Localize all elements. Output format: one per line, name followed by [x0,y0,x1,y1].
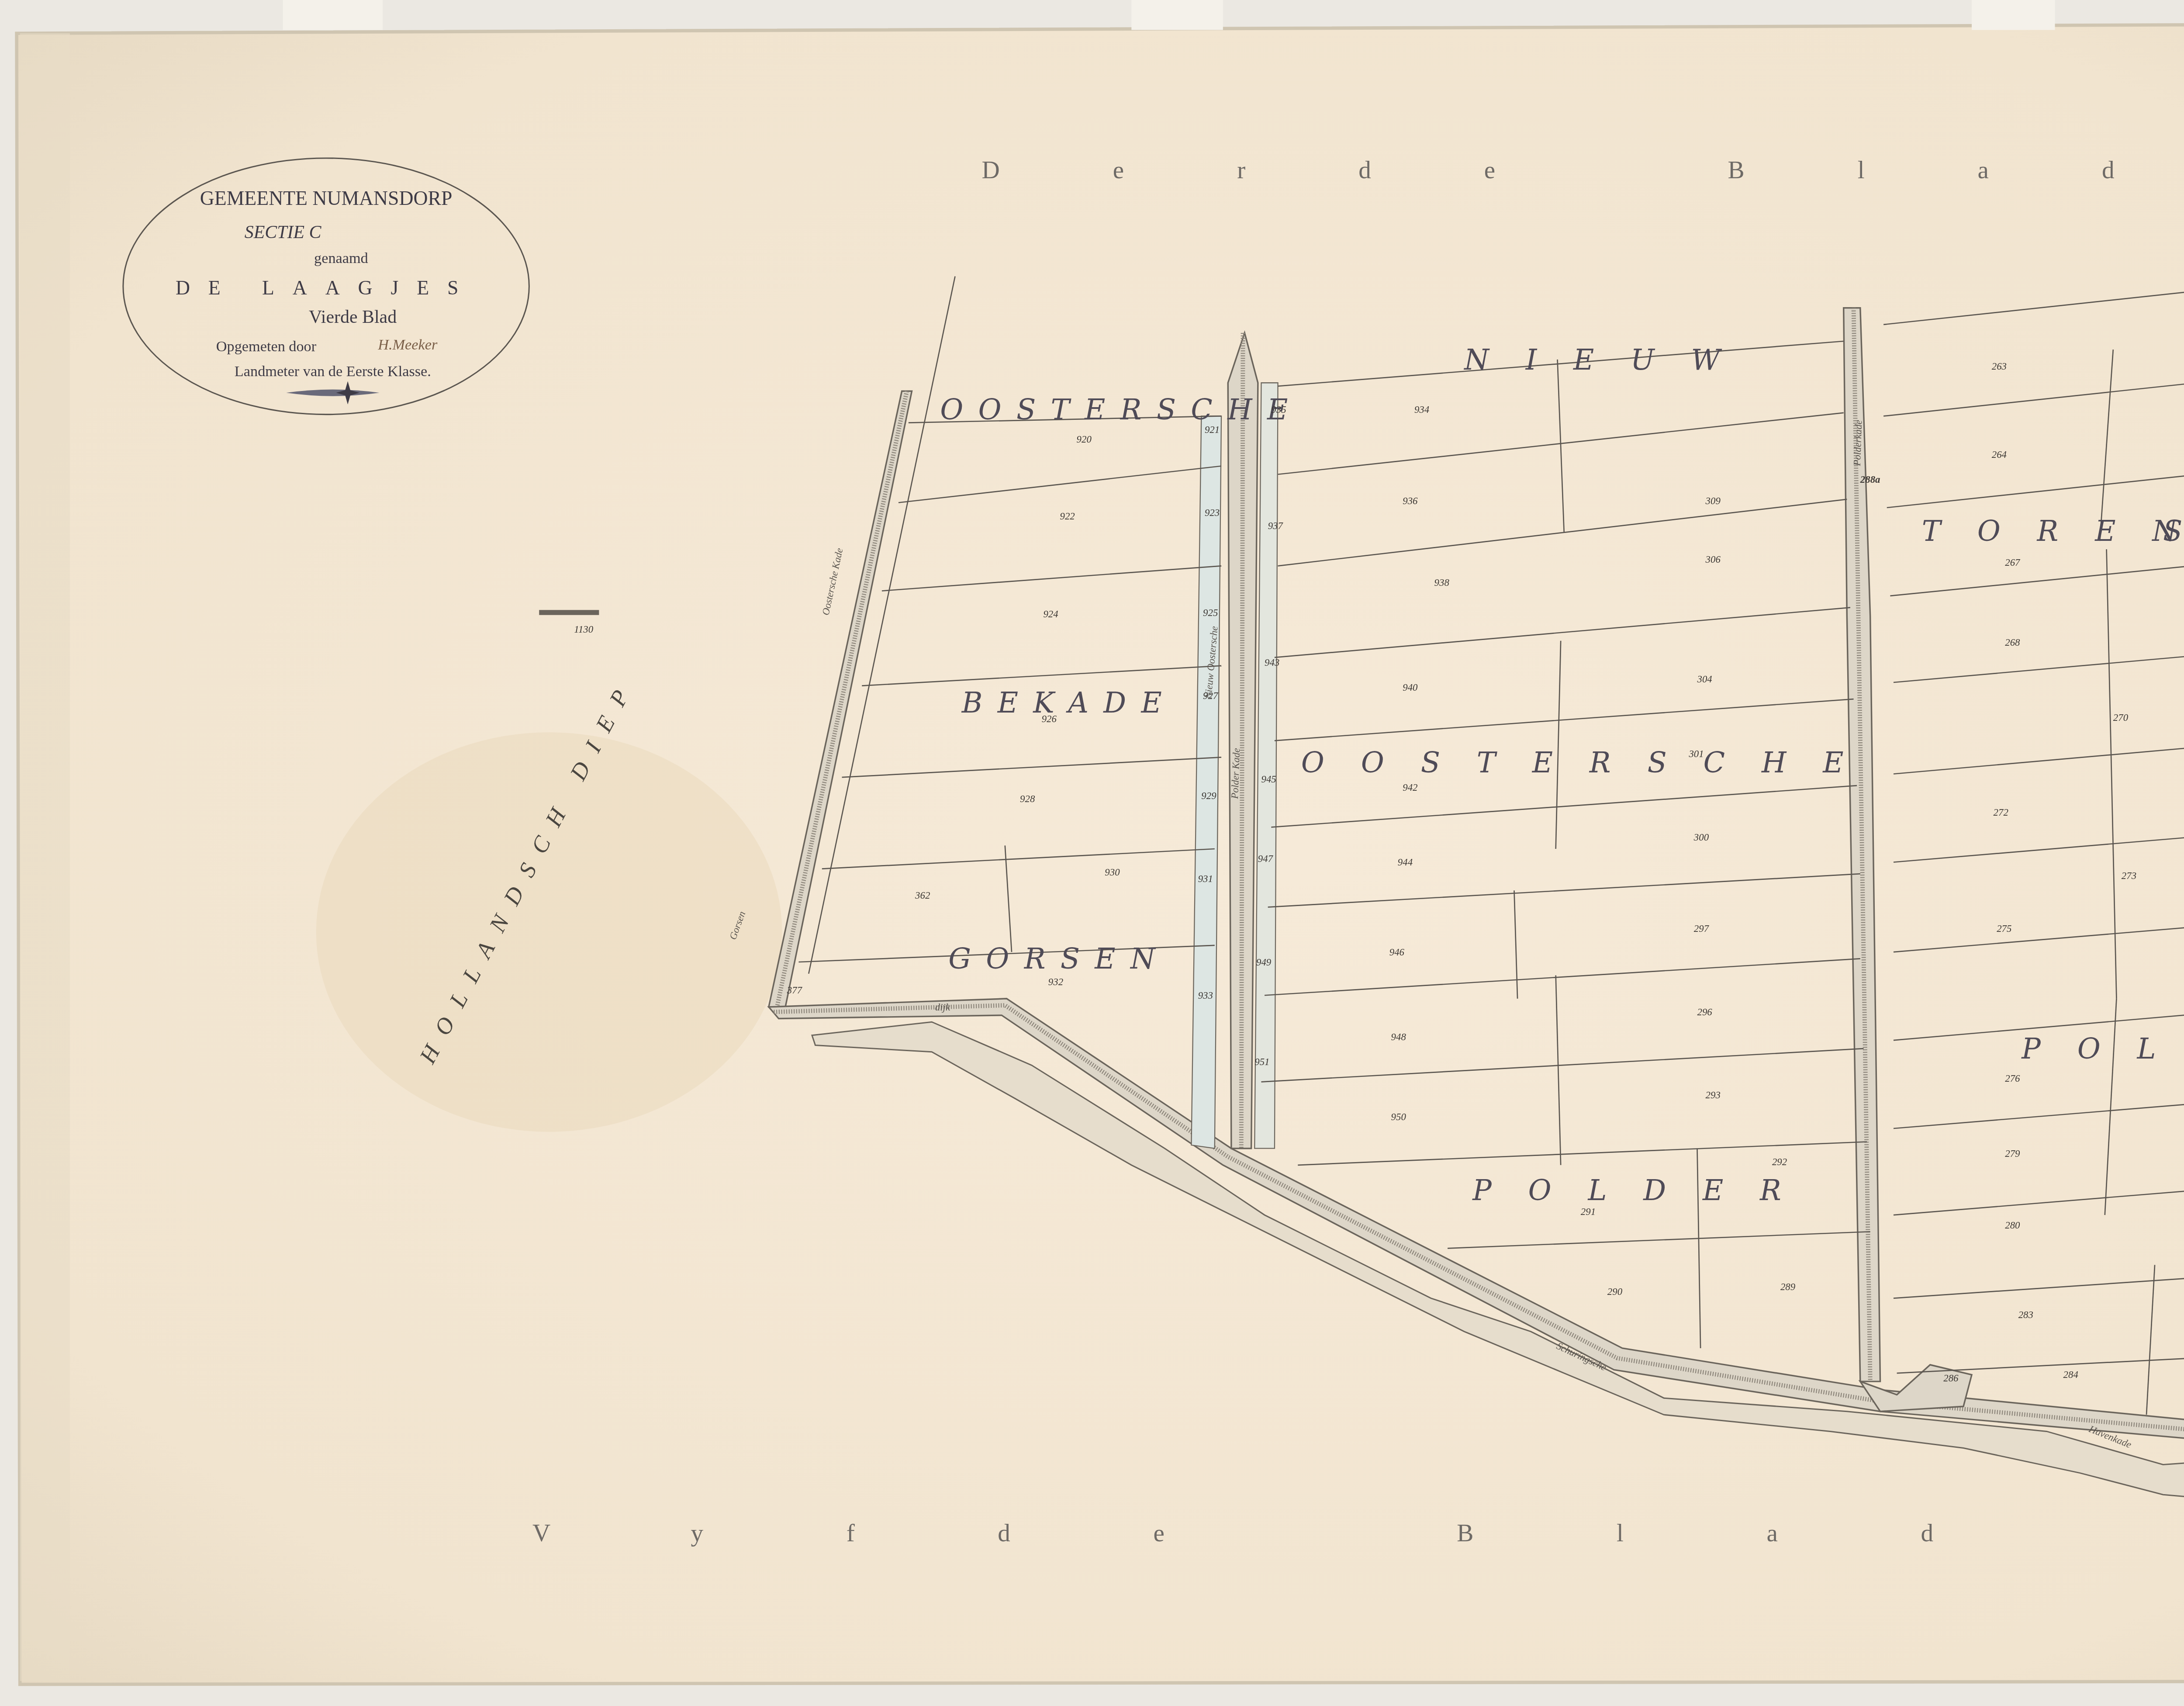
parcel-number: 377 [787,985,803,996]
cartouche-section-name: DE LAAGJES [176,277,477,299]
parcel-number: 273 [2122,870,2136,881]
parcel-number: 923 [1205,507,1220,518]
parcel-number: 927 [1203,690,1219,701]
parcel-number: 940 [1403,682,1418,693]
parcel-number: 932 [1048,976,1063,987]
parcel-number: 938 [1434,577,1450,588]
margin-label-bottom: Vyfde Blad [532,1519,2077,1547]
parcel-number: 296 [1697,1007,1712,1017]
parcel-number: 929 [1201,790,1216,801]
parcel-number: 291 [1581,1206,1596,1217]
parcel-number: 264 [1992,449,2007,460]
cadastral-map-sheet: GEMEENTE NUMANSDORP SECTIE C genaamd DE … [0,0,2184,1706]
surveyor-signature: H.Meeker [377,336,438,353]
parcel-number: 948 [1391,1031,1406,1042]
area-label-polder-center: POLDER [1472,1174,1818,1207]
parcel-number: 304 [1697,674,1712,685]
area-label-nieuw: NIEUW [1463,344,1757,377]
tape-tab [1972,0,2055,30]
parcel-number: 301 [1688,748,1704,759]
parcel-number: 270 [2113,712,2129,723]
cartouche-municipality: GEMEENTE NUMANSDORP [200,187,453,209]
area-label-oostersche-center: OOSTERSCHE [1301,747,1880,779]
parcel-number: 928 [1020,793,1035,804]
parcel-number: 300 [1693,832,1709,843]
area-label-stee: STEE [2163,515,2184,548]
parcel-number: 934 [1414,404,1429,415]
parcel-number: 926 [1042,713,1057,724]
parcel-number: 921 [1205,424,1220,435]
parcel-number: 925 [1203,607,1218,618]
parcel-number: 945 [1261,774,1276,785]
cartouche-surveyor-title: Landmeter van de Eerste Klasse. [235,363,431,380]
parcel-number: 930 [1105,867,1120,878]
cartouche-named: genaamd [314,250,368,266]
parcel-number: 280 [2005,1220,2020,1231]
label-polderkade-east: Polderkade [1852,420,1864,467]
parcel-number: 263 [1992,361,2007,372]
parcel-number: 947 [1258,853,1274,864]
parcel-number: 279 [2005,1148,2020,1159]
parcel-number: 276 [2005,1073,2020,1084]
parcel-number: 286 [1943,1373,1959,1384]
parcel-number: 943 [1265,657,1279,668]
parcel-number: 288a [1860,474,1880,485]
label-polder-kade: Polder Kade [1229,748,1242,799]
parcel-number: 931 [1198,873,1213,884]
parcel-number: 272 [1994,807,2008,818]
parcel-number: 275 [1997,923,2011,934]
parcel-number: 933 [1198,990,1213,1001]
parcel-number: 284 [2063,1369,2078,1380]
label-dijk: dijk [935,1002,950,1013]
parcel-number: 951 [1254,1056,1269,1067]
parcel-number: 935 [1271,404,1286,415]
parcel-number: 292 [1772,1156,1787,1167]
cartouche-section: SECTIE C [245,222,322,242]
parcel-number: 283 [2018,1309,2033,1320]
cartouche-sheet: Vierde Blad [309,307,397,327]
parcel-number: 936 [1403,495,1418,506]
parcel-number: 944 [1398,857,1413,868]
parcel-number: 946 [1389,947,1405,958]
parcel-number: 950 [1391,1111,1406,1122]
paper-left-margin [20,33,70,1681]
cartouche-surveyed-by: Opgemeten door [216,338,317,355]
parcel-number: 937 [1268,521,1284,532]
parcel-number: 293 [1706,1090,1721,1100]
parcel-number: 362 [915,890,930,901]
parcel-number: 924 [1043,609,1058,619]
parcel-number: 267 [2005,557,2021,568]
area-label-gorsen: GORSEN [948,943,1170,976]
parcel-number: 268 [2005,637,2020,648]
tape-tab [1131,0,1223,30]
area-label-polder-east: POLDER [2021,1033,2184,1066]
area-label-oostersche-west: OOSTERSCHE [940,394,1303,426]
parcel-number: 306 [1705,554,1721,565]
margin-label-top: Derde Blad [981,156,2184,184]
parcel-number: 920 [1077,434,1092,445]
parcel-number: 949 [1256,957,1272,968]
parcel-number: 290 [1607,1286,1623,1297]
tape-tab [283,0,383,30]
area-label-toren: TOREN [1922,515,2184,548]
depth-mark-value: 1130 [574,624,594,635]
parcel-number: 297 [1694,923,1710,934]
area-label-bekade: BEKADE [961,687,1177,720]
parcel-number: 309 [1705,495,1721,506]
parcel-number: 922 [1060,511,1075,522]
parcel-number: 942 [1403,782,1417,793]
parcel-number: 289 [1780,1281,1796,1292]
water-stain [316,732,782,1132]
